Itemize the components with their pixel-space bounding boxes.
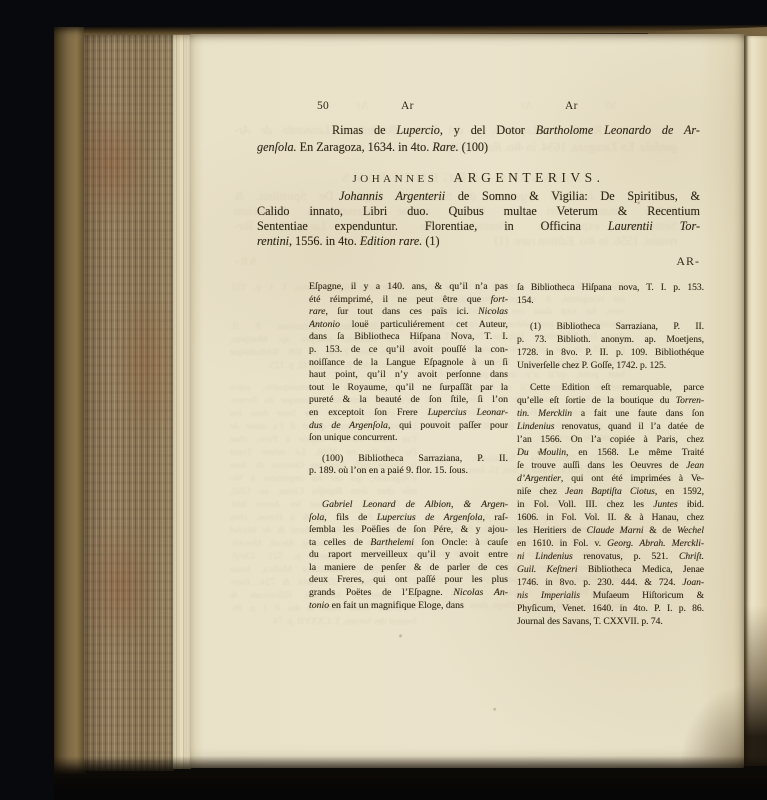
text-run: Cette Edition eſt remarquable, parce	[530, 382, 704, 393]
text-run: , ſur tout dans ces païs ici.	[326, 306, 479, 317]
text-run: , 1556. in 4to.	[289, 234, 360, 248]
italic-text-run: d’Argentier	[517, 473, 561, 484]
text-line: p. 189. où l’on en a paié 9. flor. 15. ſ…	[309, 465, 508, 478]
text-run: tout le Royaume, qu’il ne ſurpaſſât par …	[309, 382, 508, 393]
text-run: Muſaeum Hiſtoricum &	[580, 590, 704, 601]
text-run: , qui pouvoit paſſer pour	[388, 420, 508, 431]
italic-text-run: Wechel	[677, 525, 704, 536]
text-line: Rimas de Lupercio, y del Dotor Bartholom…	[257, 122, 700, 139]
text-run: , y del Dotor	[440, 123, 536, 137]
text-line: tin. Mercklin a fait une faute dans ſon	[517, 407, 704, 420]
next-page-edge	[744, 36, 767, 766]
text-line: 1746. in 8vo. p. 230. 444. & 724. Joan-	[517, 576, 704, 589]
italic-text-run: Lupercius Leonar-	[428, 407, 508, 418]
text-line: nis Imperialis Muſaeum Hiſtoricum &	[517, 589, 704, 602]
italic-text-run: Jean Baptiſta Ciotus	[565, 486, 655, 497]
page-stack-fore-edge	[84, 31, 174, 771]
italic-text-run: rentini	[257, 234, 289, 248]
text-run: Bibliotheca Medica, Jenae	[578, 564, 704, 575]
italic-text-run: Lindenius	[517, 421, 554, 432]
text-line: ſon unique concurrent.	[309, 432, 508, 445]
paragraph: Gabriel Leonard de Albion, & Argen-ſola,…	[309, 499, 508, 612]
text-line: niſe chez Jean Baptiſta Ciotus, en 1592,	[517, 485, 704, 498]
text-run: pureté & la beauté de ſon ſtile, ſi l’on	[309, 394, 508, 405]
text-run: Journal des Savans, T. CXXVII. p. 74.	[517, 616, 663, 627]
italic-text-run: Joan-	[682, 577, 704, 588]
italic-text-run: Rare.	[432, 140, 458, 154]
text-run: Phyſicum, Venet. 1640. in 4to. P. I. p. …	[517, 603, 704, 614]
text-line: Sententiae expenduntur. Florentiae, in O…	[257, 219, 700, 234]
text-run: louë particuliérement cet Auteur,	[340, 319, 508, 330]
text-run: , fils de	[324, 512, 377, 523]
text-line: noiſſance de la Langue Eſpagnole à un ſi	[309, 357, 508, 370]
text-run: ſembla les Poëſies de ſon Pére, & y ajou…	[309, 524, 508, 535]
italic-text-run: Chriſt.	[679, 551, 704, 562]
paragraph: ſa Bibliotheca Hiſpana nova, T. I. p. 15…	[517, 281, 704, 307]
book-photo: 50 Ar Ar Rimas de Lupercio, y del Dotor …	[0, 0, 767, 800]
text-line: ni Lindenius renovatus, p. 521. Chriſt.	[517, 550, 704, 563]
heading-word-first: JOHANNES	[353, 173, 438, 185]
text-run: ſe trouve auſſi dans les Oeuvres de	[517, 460, 686, 471]
text-run: de Somno & Vigilia: De Spiritibus, &	[445, 189, 700, 203]
text-run: été réimprimé, il ne peut être que	[309, 294, 491, 305]
text-run: la maniere de penſer & de parler de ces	[309, 562, 508, 573]
text-run: Calido innato, Libri duo. Quibus multae …	[257, 204, 700, 218]
text-run: ta celles de	[309, 537, 370, 548]
italic-text-run: Guil. Keſtneri	[517, 564, 578, 575]
text-line: qu’elle eſt ſortie de la boutique du Tor…	[517, 394, 704, 407]
text-run: , raſ-	[482, 512, 508, 523]
italic-text-run: Mercklin	[538, 408, 572, 419]
text-run: (100)	[459, 140, 488, 154]
text-run: , qui ont été imprimées à Ve-	[561, 473, 704, 484]
italic-text-run: Barthelemi	[370, 537, 414, 548]
italic-text-run: dus de Argenſola	[309, 420, 388, 431]
text-line: Du Moulin, en 1568. Le même Traité	[517, 446, 704, 459]
text-run: a fait une faute dans ſon	[572, 408, 704, 419]
note-paragraph: (100) Bibliotheca Sarraziana, P. II.p. 1…	[309, 453, 508, 478]
text-line: Lindenius renovatus, quand il l’a datée …	[517, 420, 704, 433]
text-run: ſon unique concurrent.	[309, 432, 397, 443]
text-run: (1) Bibliotheca Sarraziana, P. II.	[530, 321, 704, 332]
italic-text-run: Du Moulin	[517, 447, 566, 458]
text-run: grands Poëtes de l’Eſpagne.	[309, 587, 453, 598]
text-run: & de	[644, 525, 677, 536]
italic-text-run: Nicolas	[478, 306, 508, 317]
italic-text-run: Torren-	[676, 395, 704, 406]
text-line: Univerſelle chez P. Goſſe, 1742. p. 125.	[517, 359, 704, 372]
page-corner-shadow	[674, 678, 744, 768]
text-line: (1) Bibliotheca Sarraziana, P. II.	[517, 320, 704, 333]
text-line: Calido innato, Libri duo. Quibus multae …	[257, 204, 700, 219]
italic-text-run: Antonio	[309, 319, 340, 330]
text-run: ſon Oncle: à cauſe	[414, 537, 508, 548]
italic-text-run: Gabriel Leonard de Albion, & Argen-	[322, 499, 508, 510]
text-line: 1606. in Fol. Vol. II. & à Hanau, chez	[517, 511, 704, 524]
text-line: ſe trouve auſſi dans les Oeuvres de Jean	[517, 459, 704, 472]
text-run: renovatus, p. 521.	[573, 551, 679, 562]
text-line: p. 153. de ce qu’il avoit pouſſé la con-	[309, 344, 508, 357]
text-run: en 1610. in Fol. v.	[517, 538, 607, 549]
italic-text-run: Laurentii Tor-	[608, 219, 700, 233]
text-run: noiſſance de la Langue Eſpagnole à un ſi	[309, 357, 508, 368]
text-line: deux Freres, qui ont paſſé pour les plus	[309, 574, 508, 587]
text-line: Eſpagne, il y a 140. ans, & qu’il n’a pa…	[309, 281, 508, 294]
text-line: en 1610. in Fol. v. Georg. Abrah. Merckl…	[517, 537, 704, 550]
italic-text-run: Juntes	[653, 499, 677, 510]
italic-text-run: genſola.	[257, 140, 297, 154]
text-run: p. 73. Biblioth. anonym. ap. Moetjens,	[517, 334, 704, 345]
book-bottom-shadow	[54, 756, 767, 800]
page-stack-inner-edge	[173, 33, 191, 769]
right-column: ſa Bibliotheca Hiſpana nova, T. I. p. 15…	[517, 281, 704, 628]
text-line: rentini, 1556. in 4to. Edition rare. (1)	[257, 234, 700, 249]
text-line: haut point, qu’il n’y avoit perſonne dan…	[309, 369, 508, 382]
text-line: 154.	[517, 294, 704, 307]
text-line: les Heritiers de Claude Marni & de Weche…	[517, 524, 704, 537]
text-run: ibid.	[678, 499, 704, 510]
text-run: Eſpagne, il y a 140. ans, & qu’il n’a pa…	[309, 281, 508, 292]
text-line: ſembla les Poëſies de ſon Pére, & y ajou…	[309, 524, 508, 537]
text-line: ta celles de Barthelemi ſon Oncle: à cau…	[309, 537, 508, 550]
italic-text-run: Jean	[686, 460, 704, 471]
text-run: ſa Bibliotheca Hiſpana nova, T. I. p. 15…	[517, 282, 704, 293]
text-line: dus de Argenſola, qui pouvoit paſſer pou…	[309, 420, 508, 433]
heading-word-second: ARGENTERIVS.	[453, 170, 604, 185]
text-run: haut point, qu’il n’y avoit perſonne dan…	[309, 369, 508, 380]
text-run: en exceptoit ſon Frere	[309, 407, 428, 418]
text-line: dans ſa Bibliotheca Hiſpana Nova, T. I.	[309, 331, 508, 344]
text-line: l’an 1566. On l’a copiée à Paris, chez	[517, 433, 704, 446]
running-head-right: Ar	[565, 100, 578, 112]
italic-text-run: Bartholome Leonardo de Ar-	[536, 123, 700, 137]
text-line: la maniere de penſer & de parler de ces	[309, 562, 508, 575]
text-line: grands Poëtes de l’Eſpagne. Nicolas An-	[309, 587, 508, 600]
text-run: , en 1592,	[655, 486, 704, 497]
text-run: Sententiae expenduntur. Florentiae, in O…	[257, 219, 608, 233]
text-line: du raport merveilleux qu’il y avoit entr…	[309, 549, 508, 562]
text-line: Gabriel Leonard de Albion, & Argen-	[309, 499, 508, 512]
text-line: été réimprimé, il ne peut être que fort-	[309, 294, 508, 307]
text-line: d’Argentier, qui ont été imprimées à Ve-	[517, 472, 704, 485]
text-line: Cette Edition eſt remarquable, parce	[517, 381, 704, 394]
text-run: qu’elle eſt ſortie de la boutique du	[517, 395, 676, 406]
book-cover-edge	[54, 27, 86, 774]
text-run: 1728. in 8vo. P. II. p. 109. Bibliothéqu…	[517, 347, 704, 358]
entry-intro: Rimas de Lupercio, y del Dotor Bartholom…	[257, 122, 700, 156]
text-run: l’an 1566. On l’a copiée à Paris, chez	[517, 434, 704, 445]
text-run: En Zaragoza, 1634. in 4to.	[297, 140, 433, 154]
text-run: deux Freres, qui ont paſſé pour les plus	[309, 574, 508, 585]
italic-text-run: fort-	[491, 294, 508, 305]
text-line: ſa Bibliotheca Hiſpana nova, T. I. p. 15…	[517, 281, 704, 294]
italic-text-run: Claude Marni	[587, 525, 644, 536]
section-heading: JOHANNES ARGENTERIVS.	[257, 169, 700, 187]
italic-text-run: Nicolas An-	[453, 587, 508, 598]
italic-text-run: Georg. Abrah. Merckli-	[607, 538, 704, 549]
text-run: en fait un magnifique Eloge, dans	[329, 600, 464, 611]
text-run: , en 1568. Le même Traité	[566, 447, 704, 458]
text-run: niſe chez	[517, 486, 565, 497]
left-column: Eſpagne, il y a 140. ans, & qu’il n’a pa…	[309, 281, 508, 612]
text-run: les Heritiers de	[517, 525, 587, 536]
italic-text-run: rare	[309, 306, 326, 317]
text-run	[529, 408, 538, 419]
text-line: p. 73. Biblioth. anonym. ap. Moetjens,	[517, 333, 704, 346]
text-line: (100) Bibliotheca Sarraziana, P. II.	[309, 453, 508, 466]
text-run: p. 189. où l’on en a paié 9. flor. 15. ſ…	[309, 465, 468, 476]
text-line: en exceptoit ſon Frere Lupercius Leonar-	[309, 407, 508, 420]
italic-text-run: tin.	[517, 408, 529, 419]
text-line: rare, ſur tout dans ces païs ici. Nicola…	[309, 306, 508, 319]
text-line: genſola. En Zaragoza, 1634. in 4to. Rare…	[257, 139, 700, 156]
text-line: Johannis Argenterii de Somno & Vigilia: …	[257, 189, 700, 204]
text-line: tonio en fait un magnifique Eloge, dans	[309, 600, 508, 613]
paragraph: Cette Edition eſt remarquable, parcequ’e…	[517, 381, 704, 628]
italic-text-run: nis Imperialis	[517, 590, 580, 601]
text-run: 1606. in Fol. Vol. II. & à Hanau, chez	[517, 512, 704, 523]
italic-text-run: Edition rare.	[360, 234, 423, 248]
text-run: du raport merveilleux qu’il y avoit entr…	[309, 549, 508, 560]
text-line: ſola, fils de Lupercius de Argenſola, ra…	[309, 512, 508, 525]
text-run: dans ſa Bibliotheca Hiſpana Nova, T. I.	[309, 331, 508, 342]
text-line: Phyſicum, Venet. 1640. in 4to. P. I. p. …	[517, 602, 704, 615]
italic-text-run: ni Lindenius	[517, 551, 573, 562]
text-run: in Fol. Voll. III. chez les	[517, 499, 653, 510]
running-head-left: Ar	[401, 100, 414, 112]
text-run: Rimas de	[332, 123, 396, 137]
note-paragraph: (1) Bibliotheca Sarraziana, P. II.p. 73.…	[517, 320, 704, 372]
text-line: tout le Royaume, qu’il ne ſurpaſſât par …	[309, 382, 508, 395]
italic-text-run: Lupercius de Argenſola	[377, 512, 483, 523]
italic-text-run: tonio	[309, 600, 329, 611]
text-line: in Fol. Voll. III. chez les Juntes ibid.	[517, 498, 704, 511]
text-line: Guil. Keſtneri Bibliotheca Medica, Jenae	[517, 563, 704, 576]
catchword: AR-	[257, 254, 700, 269]
text-layer: 50 Ar Ar Rimas de Lupercio, y del Dotor …	[190, 34, 744, 768]
text-run: 154.	[517, 295, 534, 306]
italic-text-run: Johannis Argenterii	[339, 189, 445, 203]
page-number: 50	[317, 100, 329, 112]
text-line: pureté & la beauté de ſon ſtile, ſi l’on	[309, 394, 508, 407]
book-page: 50 Ar Ar Rimas de Lupercio, y del Dotor …	[190, 34, 744, 768]
text-line: Antonio louë particuliérement cet Auteur…	[309, 319, 508, 332]
text-run: (100) Bibliotheca Sarraziana, P. II.	[322, 453, 508, 464]
text-run: 1746. in 8vo. p. 230. 444. & 724.	[517, 577, 682, 588]
text-line: 1728. in 8vo. P. II. p. 109. Bibliothéqu…	[517, 346, 704, 359]
text-run: (1)	[422, 234, 439, 248]
text-run: Univerſelle chez P. Goſſe, 1742. p. 125.	[517, 360, 666, 371]
text-line: Journal des Savans, T. CXXVII. p. 74.	[517, 615, 704, 628]
entry-description: Johannis Argenterii de Somno & Vigilia: …	[257, 189, 700, 249]
italic-text-run: ſola	[309, 512, 324, 523]
italic-text-run: Lupercio	[396, 123, 440, 137]
paragraph: Eſpagne, il y a 140. ans, & qu’il n’a pa…	[309, 281, 508, 445]
text-run: p. 153. de ce qu’il avoit pouſſé la con-	[309, 344, 508, 355]
text-run: renovatus, quand il l’a datée de	[554, 421, 704, 432]
